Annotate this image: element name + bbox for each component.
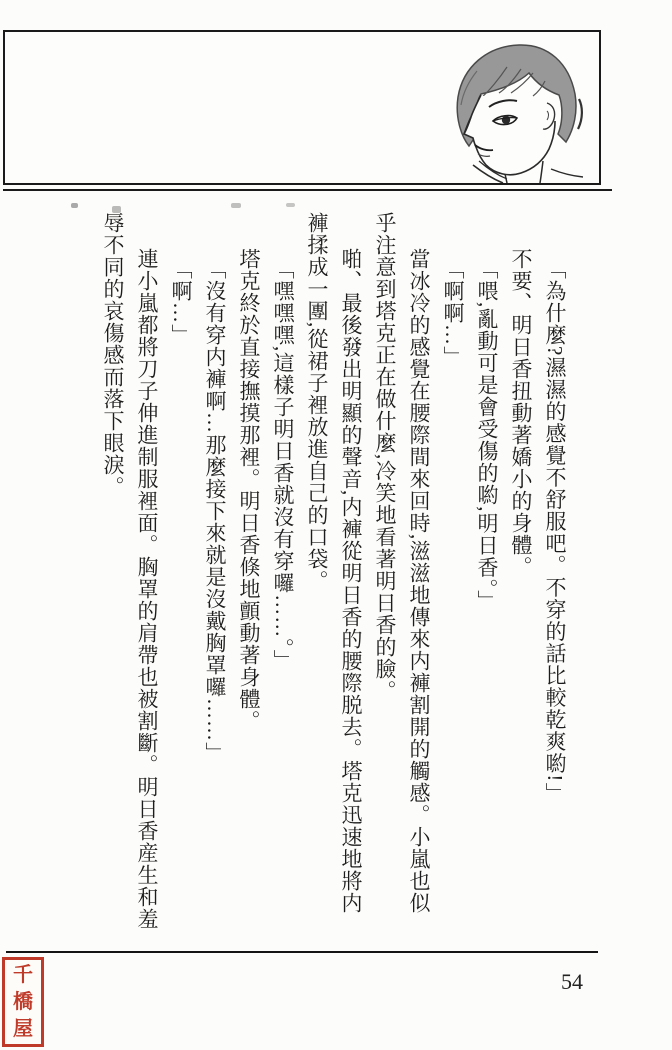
text-column: 辱不同的哀傷感而落下眼淚。 xyxy=(96,212,130,954)
page-number: 54 xyxy=(548,969,596,995)
frame-underline xyxy=(3,189,612,191)
text-column: 不要、明日香扭動著嬌小的身體。 xyxy=(504,212,538,954)
publisher-seal: 千 橋 屋 xyxy=(2,957,44,1047)
scan-speck xyxy=(286,203,295,207)
book-page: 「為什麼?濕濕的感覺不舒服吧。不穿的話比較乾爽喲!」不要、明日香扭動著嬌小的身體… xyxy=(0,0,672,1050)
seal-character: 橋 xyxy=(13,992,33,1012)
text-column: 當冰冷的感覺在腰際間來回時,滋滋地傳來内褲割開的觸感。小嵐也似 xyxy=(402,212,436,954)
text-column: 「沒有穿内褲啊…那麼接下來就是沒戴胸罩囉……」 xyxy=(198,212,232,954)
face-sketch-illustration xyxy=(447,41,587,183)
text-column: 乎注意到塔克正在做什麼,冷笑地看著明日香的臉。 xyxy=(368,212,402,954)
scan-speck xyxy=(71,203,78,208)
footer-rule xyxy=(6,951,598,953)
text-column: 褲揉成一團,從裙子裡放進自己的口袋。 xyxy=(300,212,334,954)
text-column: 啪、最後發出明顯的聲音,内褲從明日香的腰際脱去。塔克迅速地將内 xyxy=(334,212,368,954)
text-column: 「啊啊…」 xyxy=(436,212,470,954)
text-column: 「為什麼?濕濕的感覺不舒服吧。不穿的話比較乾爽喲!」 xyxy=(538,212,572,954)
face-illustration-wrap xyxy=(447,41,587,183)
seal-character: 千 xyxy=(13,965,33,985)
text-column: 塔克終於直接撫摸那裡。明日香倏地顫動著身體。 xyxy=(232,212,266,954)
text-column: 「嘿嘿嘿,這樣子明日香就沒有穿囉……。」 xyxy=(266,212,300,954)
seal-character: 屋 xyxy=(13,1019,33,1039)
scan-speck xyxy=(231,203,241,208)
text-column: 連小嵐都將刀子伸進制服裡面。胸罩的肩帶也被割斷。明日香産生和羞 xyxy=(130,212,164,954)
body-text: 「為什麼?濕濕的感覺不舒服吧。不穿的話比較乾爽喲!」不要、明日香扭動著嬌小的身體… xyxy=(96,212,572,954)
illustration-frame xyxy=(3,30,601,185)
text-column: 「喂,亂動可是會受傷的喲,明日香。」 xyxy=(470,212,504,954)
text-column: 「啊…」 xyxy=(164,212,198,954)
